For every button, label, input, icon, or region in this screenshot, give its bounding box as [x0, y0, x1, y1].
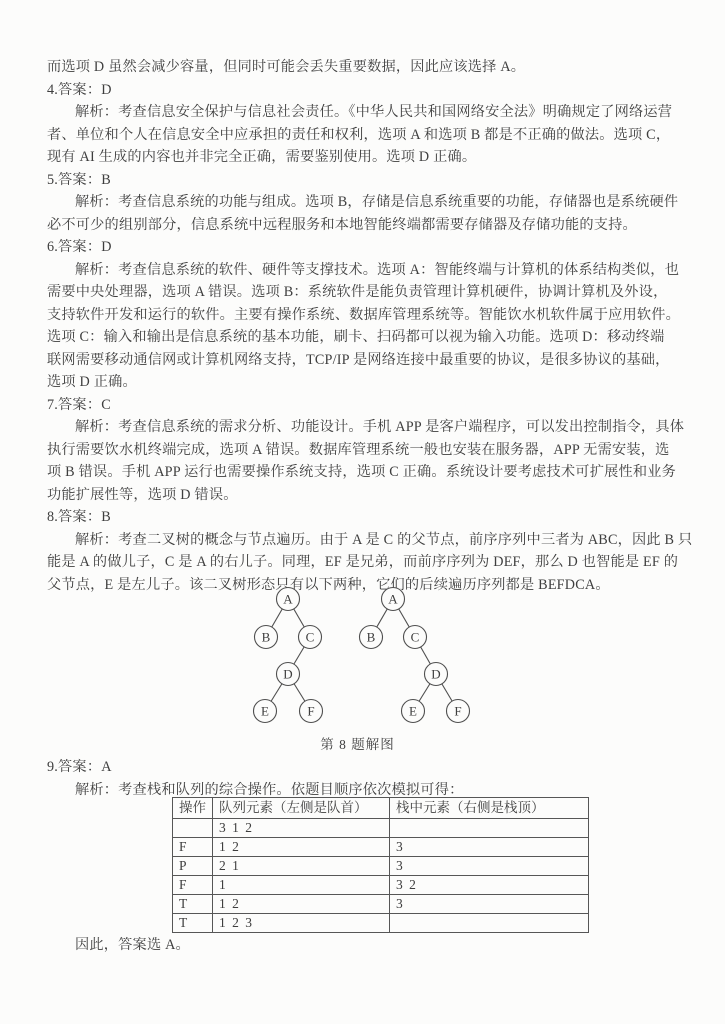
tree-node-label: C — [411, 630, 420, 645]
table-cell: 3 — [390, 838, 589, 857]
queue-stack-simulation-table: 操作队列元素（左侧是队首）栈中元素（右侧是栈顶） 3 1 2F1 23P2 13… — [172, 797, 589, 933]
table-cell: F — [173, 876, 213, 895]
table-cell — [390, 819, 589, 838]
table-cell: T — [173, 914, 213, 933]
document-page: 而选项 D 虽然会减少容量，但同时可能会丢失重要数据，因此应该选择 A。4.答案… — [0, 0, 725, 1024]
table-row: T1 2 3 — [173, 914, 589, 933]
table-row: F1 23 — [173, 838, 589, 857]
conclusion-text-block: 因此，答案选 A。 — [47, 934, 702, 957]
tree-node-label: C — [306, 630, 315, 645]
table-row: 3 1 2 — [173, 819, 589, 838]
table-cell: 1 2 — [213, 838, 390, 857]
tree-node-label: D — [431, 667, 440, 682]
table-row: P2 13 — [173, 857, 589, 876]
tree-node-label: A — [283, 592, 293, 607]
tree-node-label: B — [262, 630, 271, 645]
table-body: 3 1 2F1 23P2 13F13 2T1 23T1 2 3 — [173, 819, 589, 933]
text-line: 9.答案：A — [47, 756, 702, 779]
table-cell — [390, 914, 589, 933]
figure-caption: 第 8 题解图 — [250, 736, 465, 754]
tree-node-label: F — [307, 704, 314, 719]
tree-node-label: E — [409, 704, 417, 719]
table-cell: 1 — [213, 876, 390, 895]
tree-node-label: E — [261, 704, 269, 719]
table-row: T1 23 — [173, 895, 589, 914]
table-header-cell: 操作 — [173, 798, 213, 819]
question9-text-block: 9.答案：A解析：考查栈和队列的综合操作。依题目顺序依次模拟可得： — [47, 756, 702, 801]
table-cell: 3 2 — [390, 876, 589, 895]
tree-node-label: F — [454, 704, 461, 719]
table-cell: P — [173, 857, 213, 876]
table-header-cell: 栈中元素（右侧是栈顶） — [390, 798, 589, 819]
table-cell: 1 2 — [213, 895, 390, 914]
table-row: F13 2 — [173, 876, 589, 895]
table-cell — [173, 819, 213, 838]
text-line: 因此，答案选 A。 — [47, 934, 702, 957]
table-cell: T — [173, 895, 213, 914]
tree-node-label: D — [283, 667, 292, 682]
table-cell: F — [173, 838, 213, 857]
table-cell: 1 2 3 — [213, 914, 390, 933]
table-header-row: 操作队列元素（左侧是队首）栈中元素（右侧是栈顶） — [173, 798, 589, 819]
tree-node-label: B — [367, 630, 376, 645]
table-cell: 3 1 2 — [213, 819, 390, 838]
table-cell: 3 — [390, 857, 589, 876]
table-cell: 3 — [390, 895, 589, 914]
table-header-cell: 队列元素（左侧是队首） — [213, 798, 390, 819]
tree-node-label: A — [388, 592, 398, 607]
table-cell: 2 1 — [213, 857, 390, 876]
